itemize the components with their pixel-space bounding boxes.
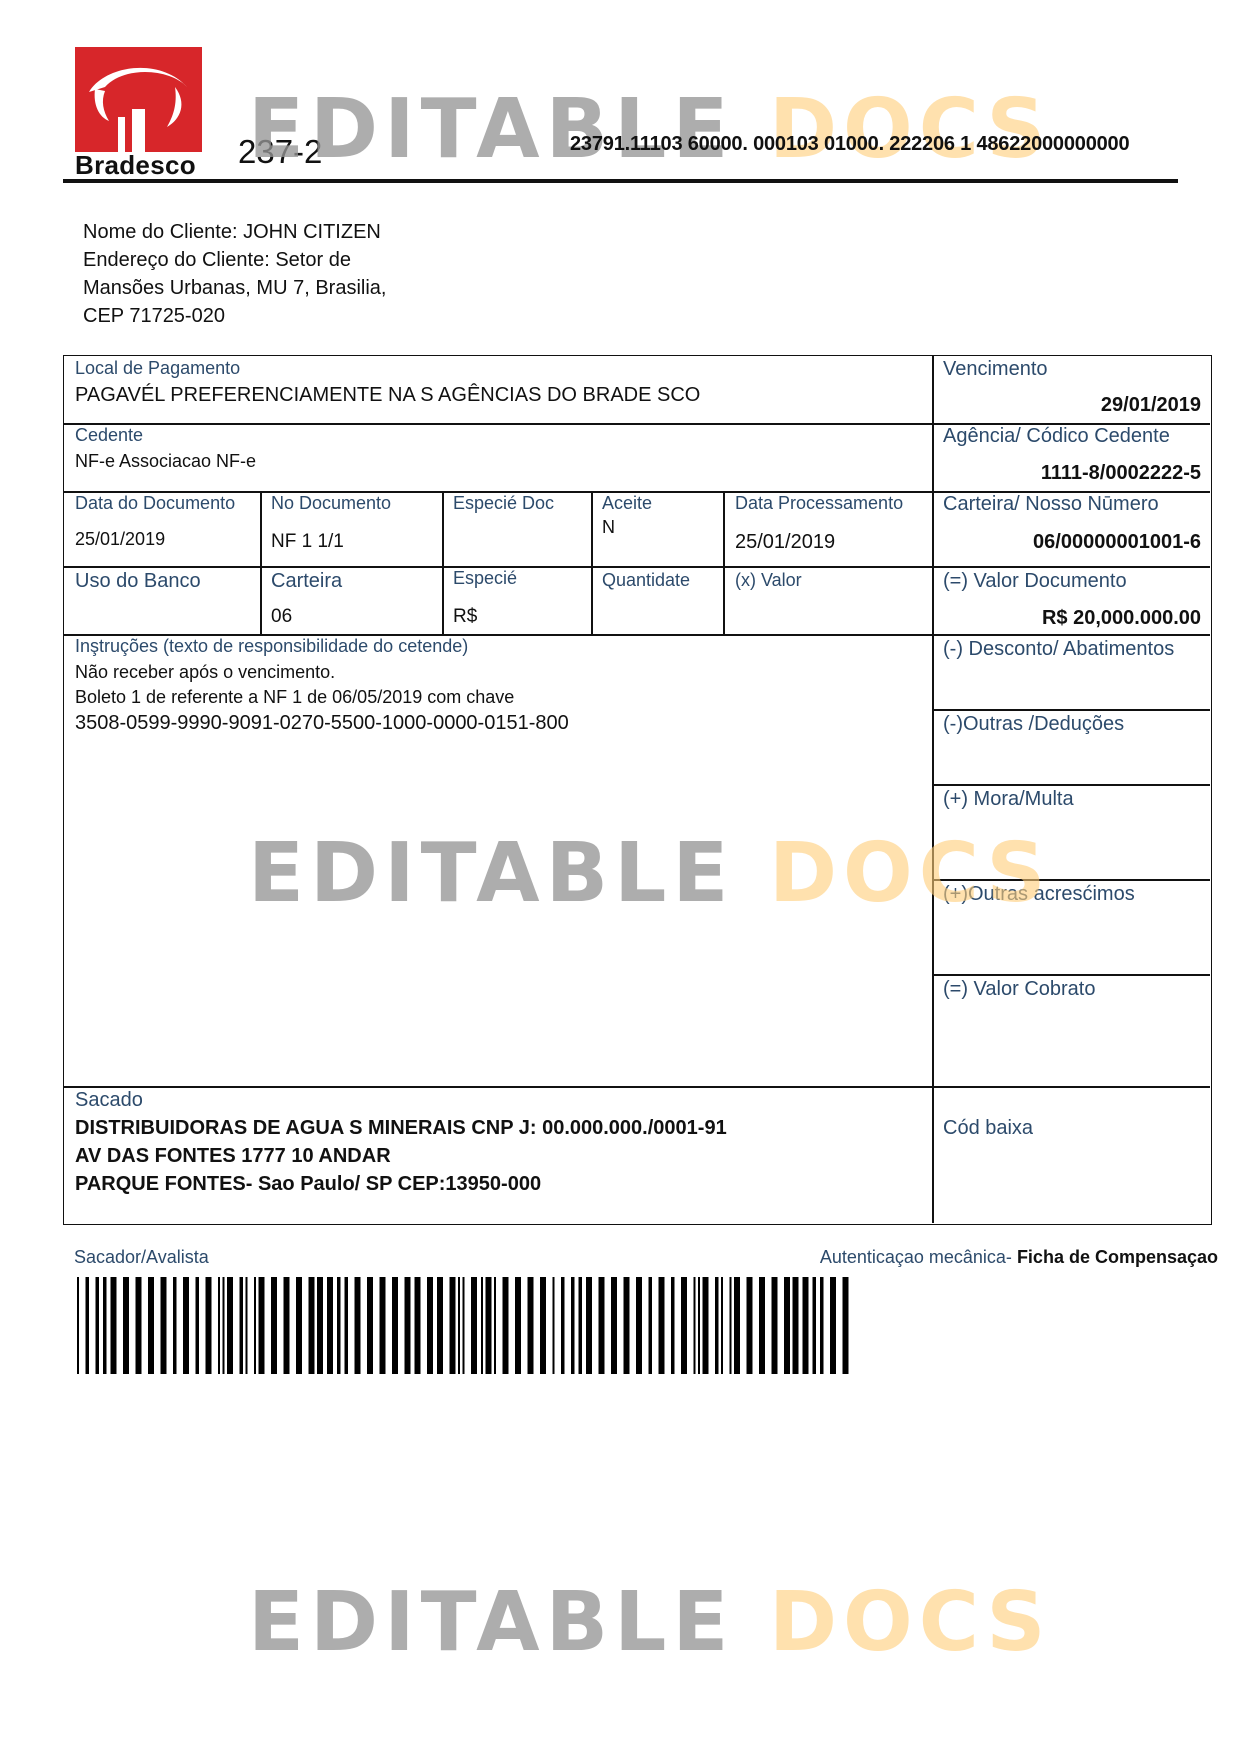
agencia-value: 1111-8/0002222-5 <box>1041 462 1201 485</box>
bank-name: Bradesco <box>75 150 196 181</box>
divider <box>932 974 1210 976</box>
carteira-value: 06 <box>271 606 292 628</box>
client-address-line: Mansões Urbanas, MU 7, Brasilia, <box>83 274 386 302</box>
valor-label: (x) Valor <box>735 570 802 591</box>
instrucao-line: Não receber após o vencimento. <box>75 662 335 683</box>
data-documento-label: Data do Documento <box>75 493 235 514</box>
especie-value: R$ <box>453 606 477 628</box>
divider <box>723 491 725 634</box>
no-documento-value: NF 1 1/1 <box>271 531 344 553</box>
valor-documento-value: R$ 20,000.000.00 <box>1042 607 1201 630</box>
no-documento-label: No Documento <box>271 493 391 514</box>
agencia-label: Agência/ Códico Cedente <box>943 425 1170 448</box>
aceite-value: N <box>602 517 615 538</box>
quantidade-label: Quantidate <box>602 570 690 591</box>
divider <box>64 566 1210 568</box>
client-info: Nome do Cliente: JOHN CITIZEN Endereço d… <box>83 218 386 330</box>
autenticacao: Autenticaçao mecânica- Ficha de Compensa… <box>820 1247 1218 1268</box>
sacador-avalista-label: Sacador/Avalista <box>74 1247 209 1268</box>
outras-deducoes-label: (-)Outras /Deduções <box>943 713 1124 736</box>
vencimento-label: Vencimento <box>943 358 1048 381</box>
ficha-compensacao-label: Ficha de Compensaçao <box>1017 1247 1218 1267</box>
boleto-form: Local de Pagamento PAGAVÉL PREFERENCIAME… <box>63 355 1212 1225</box>
local-pagamento-label: Local de Pagamento <box>75 358 240 379</box>
divider <box>64 1086 1210 1088</box>
vencimento-value: 29/01/2019 <box>1101 394 1201 417</box>
cedente-label: Cedente <box>75 425 143 446</box>
especie-label: Especié <box>453 568 517 589</box>
header-divider <box>63 179 1178 183</box>
autenticacao-label: Autenticaçao mecânica- <box>820 1247 1012 1267</box>
divider <box>932 879 1210 881</box>
client-name: Nome do Cliente: JOHN CITIZEN <box>83 218 386 246</box>
data-processamento-value: 25/01/2019 <box>735 531 835 554</box>
divider <box>591 491 593 634</box>
cedente-value: NF-e Associacao NF-e <box>75 451 256 472</box>
cod-baixa-label: Cód baixa <box>943 1117 1033 1140</box>
instrucoes-label: Inştruções (texto de responsibilidade do… <box>75 636 468 657</box>
bradesco-logo-icon <box>75 47 202 152</box>
barcode-icon <box>77 1277 852 1374</box>
sacado-label: Sacado <box>75 1089 143 1112</box>
divider <box>260 491 262 634</box>
valor-documento-label: (=) Valor Documento <box>943 570 1127 593</box>
especie-doc-label: Especié Doc <box>453 493 554 514</box>
outros-acrescimos-label: (+)Outras acresćimos <box>943 883 1135 906</box>
client-address-line: Endereço do Cliente: Setor de <box>83 246 386 274</box>
divider <box>932 709 1210 711</box>
uso-banco-label: Uso do Banco <box>75 570 201 593</box>
carteira-label: Carteira <box>271 570 342 593</box>
mora-multa-label: (+) Mora/Multa <box>943 788 1074 811</box>
desconto-label: (-) Desconto/ Abatimentos <box>943 638 1174 661</box>
sacado-line: AV DAS FONTES 1777 10 ANDAR <box>75 1145 391 1168</box>
aceite-label: Aceite <box>602 493 652 514</box>
valor-cobrado-label: (=) Valor Cobrato <box>943 978 1095 1001</box>
instrucao-line: 3508-0599-9990-9091-0270-5500-1000-0000-… <box>75 712 569 735</box>
data-processamento-label: Data Processamento <box>735 493 903 514</box>
divider <box>932 784 1210 786</box>
watermark: EDITABLE DOCS <box>248 1575 1052 1670</box>
sacado-line: PARQUE FONTES- Sao Paulo/ SP CEP:13950-0… <box>75 1173 541 1196</box>
local-pagamento-value: PAGAVÉL PREFERENCIAMENTE NA S AGÊNCIAS D… <box>75 384 700 407</box>
client-address-line: CEP 71725-020 <box>83 302 386 330</box>
divider <box>932 356 934 1223</box>
bank-code: 237-2 <box>238 133 322 171</box>
instrucao-line: Boleto 1 de referente a NF 1 de 06/05/20… <box>75 687 514 708</box>
nosso-numero-value: 06/00000001001-6 <box>1033 531 1201 554</box>
watermark: EDITABLE DOCS <box>248 82 1052 177</box>
sacado-line: DISTRIBUIDORAS DE AGUA S MINERAIS CNP J:… <box>75 1117 727 1140</box>
divider <box>442 491 444 634</box>
nosso-numero-label: Carteira/ Nosso Nūmero <box>943 493 1159 516</box>
digitable-line: 23791.11103 60000. 000103 01000. 222206 … <box>570 133 1129 156</box>
data-documento-value: 25/01/2019 <box>75 529 165 550</box>
